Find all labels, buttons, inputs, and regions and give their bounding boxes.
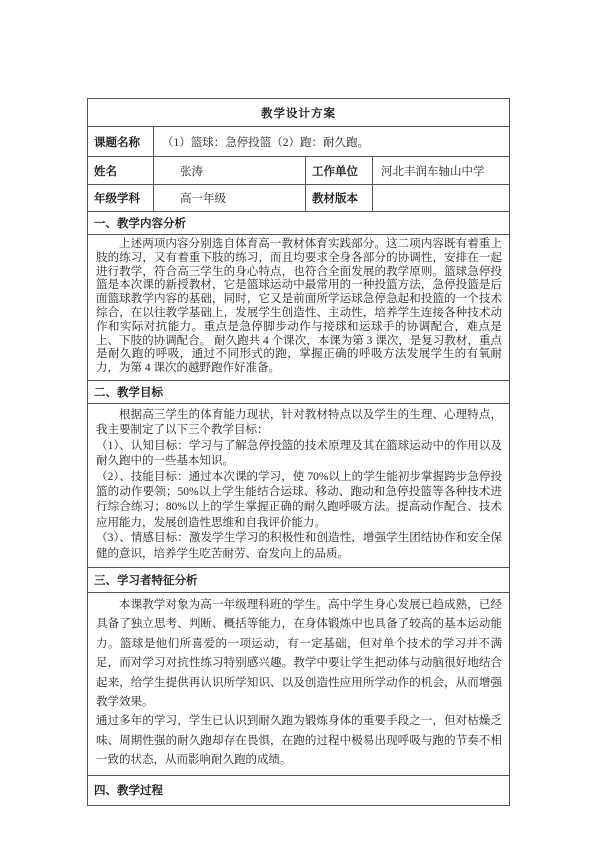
paragraph: 根据高三学生的体育能力现状，针对教材特点以及学生的生理、心理特点，我主要制定了以…: [96, 408, 502, 439]
grade-subject-value: 高一年级: [154, 185, 306, 212]
name-row: 姓名 张涛 工作单位 河北丰润车轴山中学: [88, 157, 510, 185]
work-unit-label: 工作单位: [306, 157, 373, 185]
textbook-edition-value: [373, 185, 510, 212]
section-heading-row: 一、教学内容分析: [88, 212, 510, 235]
topic-value: （1）篮球：急停投篮（2）跑：耐久跑。: [154, 127, 510, 157]
textbook-edition-label: 教材版本: [306, 185, 373, 212]
grade-row: 年级学科 高一年级 教材版本: [88, 185, 510, 212]
title-row: 教学设计方案: [88, 99, 510, 127]
section-heading-content-analysis: 一、教学内容分析: [88, 212, 510, 235]
section-heading-teaching-goals: 二、教学目标: [88, 380, 510, 403]
lesson-plan-table: 教学设计方案 课题名称 （1）篮球：急停投篮（2）跑：耐久跑。 姓名 张涛 工作…: [87, 98, 510, 806]
document-page: 教学设计方案 课题名称 （1）篮球：急停投篮（2）跑：耐久跑。 姓名 张涛 工作…: [0, 0, 595, 842]
section-body-content-analysis: 上述两项内容分别选自体育高一教材体育实践部分。这二项内容既有着重上肢的练习，又有…: [88, 235, 510, 381]
work-unit-value: 河北丰润车轴山中学: [373, 157, 510, 185]
section-body-row: 根据高三学生的体育能力现状，针对教材特点以及学生的生理、心理特点，我主要制定了以…: [88, 403, 510, 567]
paragraph: 通过多年的学习，学生已认识到耐久跑为锻炼身体的重要手段之一，但对枯燥乏味、周期性…: [96, 712, 502, 770]
name-label: 姓名: [88, 157, 154, 185]
section-heading-row: 四、教学过程: [88, 775, 510, 805]
section-body-row: 本课教学对象为高一年级理科班的学生。高中学生身心发展已趋成熟，已经具备了独立思考…: [88, 592, 510, 775]
paragraph: （2）、技能目标：通过本次课的学习，使 70%以上的学生能初步掌握跨步急停投篮的…: [96, 470, 502, 532]
section-heading-row: 三、学习者特征分析: [88, 567, 510, 592]
topic-label: 课题名称: [88, 127, 154, 157]
section-heading-row: 二、教学目标: [88, 380, 510, 403]
section-body-teaching-goals: 根据高三学生的体育能力现状，针对教材特点以及学生的生理、心理特点，我主要制定了以…: [88, 403, 510, 567]
document-title: 教学设计方案: [88, 99, 510, 127]
paragraph: （3）、情感目标：激发学生学习的积极性和创造性，增强学生团结协作和安全保健的意识…: [96, 531, 502, 562]
section-body-learner-analysis: 本课教学对象为高一年级理科班的学生。高中学生身心发展已趋成熟，已经具备了独立思考…: [88, 592, 510, 775]
grade-subject-label: 年级学科: [88, 185, 154, 212]
section-heading-teaching-process: 四、教学过程: [88, 775, 510, 805]
paragraph: 本课教学对象为高一年级理科班的学生。高中学生身心发展已趋成熟，已经具备了独立思考…: [96, 596, 502, 712]
paragraph: （1）、认知目标：学习与了解急停投篮的技术原理及其在篮球运动中的作用以及耐久跑中…: [96, 439, 502, 470]
name-value: 张涛: [154, 157, 306, 185]
paragraph: 上述两项内容分别选自体育高一教材体育实践部分。这二项内容既有着重上肢的练习，又有…: [96, 238, 502, 376]
section-heading-learner-analysis: 三、学习者特征分析: [88, 567, 510, 592]
topic-row: 课题名称 （1）篮球：急停投篮（2）跑：耐久跑。: [88, 127, 510, 157]
section-body-row: 上述两项内容分别选自体育高一教材体育实践部分。这二项内容既有着重上肢的练习，又有…: [88, 235, 510, 381]
